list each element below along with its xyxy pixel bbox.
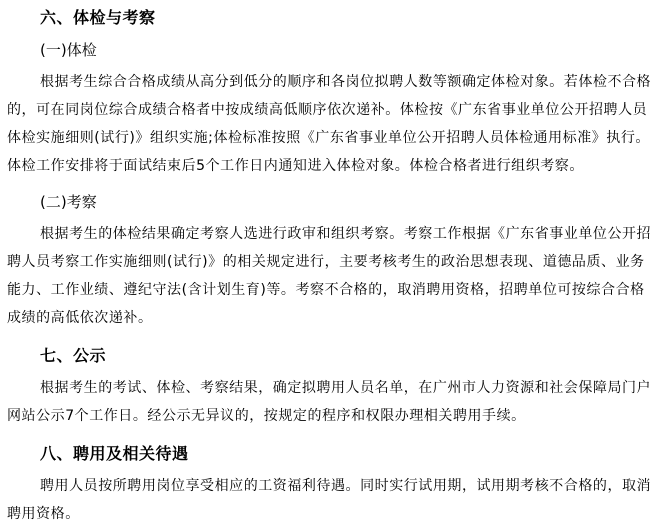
section-heading-6-physical-exam-and-inspection: 六、体检与考察 xyxy=(7,8,658,28)
paragraph-publicity: 根据考生的考试、体检、考察结果，确定拟聘用人员名单，在广州市人力资源和社会保障局… xyxy=(7,374,658,430)
paragraph-physical-exam: 根据考生综合合格成绩从高分到低分的顺序和各岗位拟聘人数等额确定体检对象。若体检不… xyxy=(7,68,658,180)
section-heading-7-publicity: 七、公示 xyxy=(7,346,658,366)
subheading-1-physical-exam: (一)体检 xyxy=(7,40,658,60)
subheading-2-inspection: (二)考察 xyxy=(7,192,658,212)
paragraph-inspection: 根据考生的体检结果确定考察人选进行政审和组织考察。考察工作根据《广东省事业单位公… xyxy=(7,220,658,332)
paragraph-employment: 聘用人员按所聘用岗位享受相应的工资福利待遇。同时实行试用期，试用期考核不合格的，… xyxy=(7,472,658,528)
document-page: 六、体检与考察 (一)体检 根据考生综合合格成绩从高分到低分的顺序和各岗位拟聘人… xyxy=(0,0,666,532)
section-heading-8-employment-and-benefits: 八、聘用及相关待遇 xyxy=(7,444,658,464)
